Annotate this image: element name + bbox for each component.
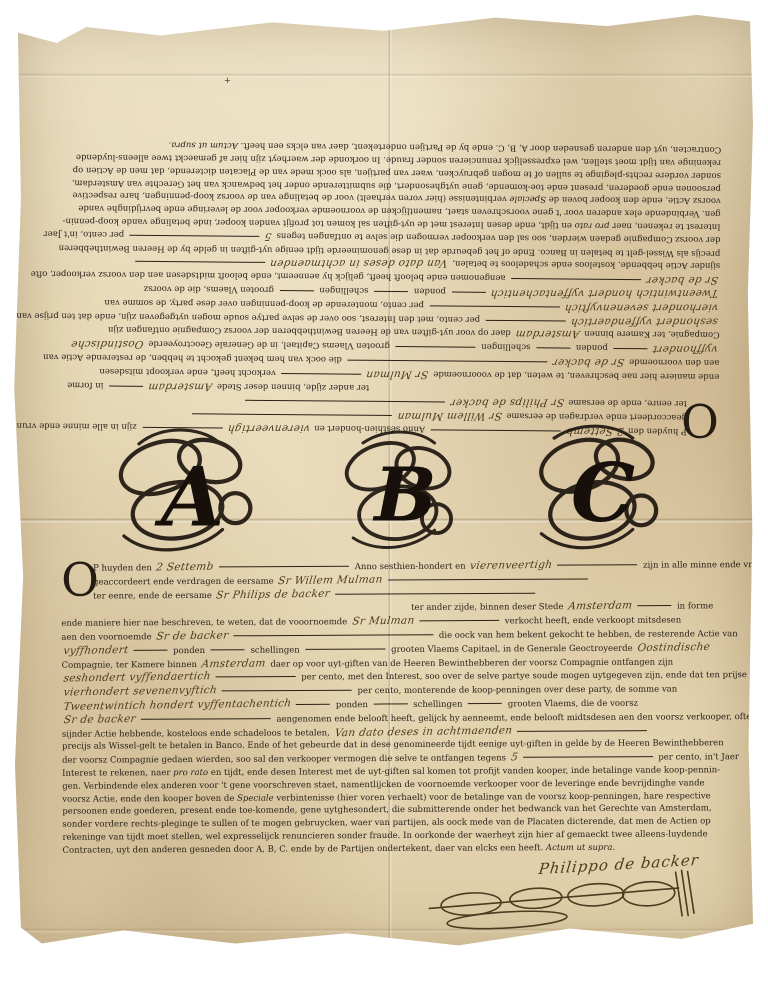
handwritten-entry: 2 Settemb xyxy=(154,561,217,575)
handwritten-entry: Oostindische xyxy=(68,337,146,350)
blank-fill-rule xyxy=(637,604,671,606)
handwritten-entry: Oostindische xyxy=(634,641,712,655)
contract-copy-bottom: O P huyden den 2 Settemb Anno sesthien-h… xyxy=(61,558,715,935)
handwritten-entry: Sr Mulman xyxy=(349,615,417,629)
blank-fill-rule xyxy=(348,360,548,364)
printed-text: Interest te rekenen, naer xyxy=(62,768,173,779)
handwritten-entry: Sr Mulman xyxy=(364,368,432,381)
printed-text: Contracten, uyt den anderen gesneden doo… xyxy=(63,843,546,856)
handwritten-entry: Tweentwintich hondert vyffentachentich xyxy=(61,697,294,713)
printed-text: der voorsz Compagnie gedaen wierden, soo… xyxy=(62,754,509,766)
printed-text: schellingen xyxy=(317,285,372,295)
monogram-a-flourish-icon: A xyxy=(100,416,285,566)
handwritten-entry: 5 xyxy=(262,229,275,242)
printed-text: ponden xyxy=(411,286,448,296)
blank-fill-rule xyxy=(557,563,637,565)
handwritten-entry: 5 xyxy=(508,751,521,764)
printed-text: verkocht heeft, ende verkoopt mitsdesen xyxy=(99,366,278,378)
printed-text: aen den voornoemde xyxy=(61,632,154,642)
printed-text: schellingen xyxy=(478,341,533,351)
handwritten-entry: Tweentwintich hondert vyffentachentich xyxy=(488,286,722,299)
blank-fill-rule xyxy=(135,261,265,264)
printed-text: sijnder Actie hebbende, kosteloos ende s… xyxy=(450,258,721,270)
handwritten-entry: Sr Willem Mulman xyxy=(276,573,386,588)
printed-text: per cento, monterende de koop-penningen … xyxy=(104,297,426,310)
printed-text: die oock van hem bekent gekocht te hebbe… xyxy=(43,351,345,364)
printed-text: grooten Vlaems Capitael, in de Generale … xyxy=(146,339,393,351)
printed-text: verkocht heeft, ende verkoopt mitsdesen xyxy=(502,616,681,627)
contract-copy-top-rotated: O P huyden den 2 Settemb Anno sesthien-h… xyxy=(67,137,722,438)
printed-text: ponden xyxy=(170,646,207,656)
blank-fill-rule xyxy=(133,648,167,650)
blank-fill-rule xyxy=(233,633,433,636)
printed-text: geaccordeert ende verdragen de eersame xyxy=(93,576,276,587)
blank-fill-rule xyxy=(211,648,245,650)
printed-text: per cento, met den Interest, soo over de… xyxy=(299,670,765,682)
printed-text: P huyden den xyxy=(93,563,155,573)
printed-text: ter eenre, ende de eersame xyxy=(93,590,215,601)
printed-text: Compagnie, ter Kamere binnen xyxy=(581,329,719,340)
blank-fill-rule xyxy=(374,291,408,293)
blank-fill-rule xyxy=(388,577,588,580)
blank-fill-rule xyxy=(222,689,352,692)
printed-text: Actum ut supra. xyxy=(169,140,238,151)
printed-text: in forme xyxy=(67,379,106,389)
cut-letter-monogram-a: A xyxy=(100,416,285,570)
printed-text: voorsz Actie, ende den kooper boven de xyxy=(62,793,237,804)
signature-block: Philippo de backer xyxy=(409,850,703,941)
monogram-b-flourish-icon: B xyxy=(328,412,483,567)
printed-text: ende maniere hier nae beschreven, te wet… xyxy=(61,617,350,629)
blank-fill-rule xyxy=(282,373,362,376)
printed-text: schellingen xyxy=(248,645,303,655)
printed-text: pro rato xyxy=(173,768,208,778)
printed-text: sijnder Actie hebbende, kosteloos ende s… xyxy=(62,728,333,739)
handwritten-entry: Sr de backer xyxy=(61,713,139,727)
printed-text: in forme xyxy=(674,602,713,612)
printed-text: grooten Vlaems, die de voorsz xyxy=(144,283,277,294)
handwritten-entry: Sr Philips de backer xyxy=(214,587,333,602)
printed-text: grooten Vlaems Capitael, in de Generale … xyxy=(388,643,635,654)
blank-fill-rule xyxy=(396,346,476,349)
printed-text: pro rato xyxy=(575,220,610,230)
printed-text: ter eenre, ende de eersame xyxy=(566,397,688,408)
printed-text: rekeninge van tijdt moet stellen, wel ex… xyxy=(62,829,707,842)
blank-fill-rule xyxy=(523,755,653,758)
printed-text: die oock van hem bekent gekocht te hebbe… xyxy=(436,629,738,641)
printed-text: verbintenisse (hier voren verhaelt) voor… xyxy=(274,791,711,803)
blank-fill-rule xyxy=(430,305,560,308)
handwritten-entry: Sr Philips de backer xyxy=(447,396,567,409)
printed-text: ponden xyxy=(573,342,610,352)
printed-text: aengenomen ende belooft heeft, gelijck h… xyxy=(31,269,509,283)
handwritten-entry: Amsterdam xyxy=(145,379,215,392)
printed-text: ende maniere hier nae beschreven, te wet… xyxy=(431,369,720,382)
blank-fill-rule xyxy=(335,591,535,594)
blank-fill-rule xyxy=(296,703,330,705)
blank-fill-rule xyxy=(130,235,260,238)
printed-text: Speciale xyxy=(237,793,274,803)
printed-text: voorsz Actie, ende den kooper boven de xyxy=(546,194,721,206)
blank-fill-rule xyxy=(109,385,143,387)
handwritten-entry: seshondert vyffendaertich xyxy=(568,314,721,327)
drop-cap-initial: O xyxy=(687,401,719,438)
handwritten-entry: vierhondert sevenenvyftich xyxy=(61,684,220,699)
printed-text: grooten Vlaems, die de voorsz xyxy=(505,699,638,710)
printed-text: per cento, monterende de koop-penningen … xyxy=(355,685,677,697)
printed-text: gen. Verbindende elex anderen voor 't ge… xyxy=(62,778,704,791)
handwritten-entry: vyffhondert xyxy=(61,644,132,658)
cut-letter-monogram-c: C xyxy=(518,412,688,566)
blank-fill-rule xyxy=(452,292,486,294)
handwritten-entry: Sr de backer xyxy=(550,355,628,368)
cut-letter-monogram-b: B xyxy=(328,412,483,571)
handwritten-entry: Amsterdam xyxy=(199,657,269,671)
stray-ink-mark: + xyxy=(224,76,231,85)
handwritten-entry: Sr de backer xyxy=(153,629,231,643)
svg-text:A: A xyxy=(154,450,224,545)
handwritten-entry: Van dato deses in achtmaenden xyxy=(267,257,450,270)
printed-text: ponden xyxy=(333,700,370,710)
printed-text: daer op voor uyt-giften van de Heeren Be… xyxy=(268,657,674,669)
printed-text: ter ander zijde, binnen deser Stede xyxy=(214,381,369,392)
printed-text: der voorsz Compagnie gedaen wierden, soo… xyxy=(274,230,721,244)
printed-text: per cento, in't Jaer xyxy=(656,752,739,762)
printed-text: per cento, in't Jaer xyxy=(43,228,126,239)
document-paper: + O P huyden den 2 Settemb Anno sesthien… xyxy=(12,12,756,952)
horizontal-crease-top xyxy=(12,73,756,78)
printed-text: schellingen xyxy=(411,700,466,710)
blank-fill-rule xyxy=(374,702,408,704)
handwritten-entry: vyffhondert xyxy=(650,342,721,355)
blank-fill-rule xyxy=(511,278,641,281)
blank-fill-rule xyxy=(468,702,502,704)
blank-fill-rule xyxy=(305,647,385,649)
printed-text: aengenomen ende belooft heeft, gelijck h… xyxy=(274,712,752,725)
handwritten-entry: Amsterdam xyxy=(565,600,635,614)
blank-fill-rule xyxy=(486,319,566,322)
blank-fill-rule xyxy=(245,400,445,404)
monogram-c-flourish-icon: C xyxy=(518,412,688,562)
svg-text:B: B xyxy=(372,453,436,539)
svg-text:C: C xyxy=(571,446,635,541)
contract-text-block: P huyden den 2 Settemb Anno sesthien-hon… xyxy=(67,137,722,438)
printed-text: Compagnie, ter Kamere binnen xyxy=(62,660,200,671)
printed-text: daer op voor uyt-giften van de Heeren Be… xyxy=(108,324,514,338)
handwritten-entry: Sr de backer xyxy=(643,273,721,286)
handwritten-entry: Van dato deses in achtmaenden xyxy=(332,724,515,740)
printed-text: en tijdt, ende desen Interest met de uyt… xyxy=(208,765,720,778)
contract-text-block: P huyden den 2 Settemb Anno sesthien-hon… xyxy=(61,558,715,857)
printed-text: Interest te rekenen, naer xyxy=(610,220,721,231)
blank-fill-rule xyxy=(280,290,314,292)
handwritten-entry: Amsterdam xyxy=(513,327,583,340)
printed-text: per cento, met den Interest, soo over de… xyxy=(16,310,483,324)
printed-text: Actum ut supra. xyxy=(546,843,615,853)
blank-fill-rule xyxy=(141,717,271,720)
printed-text: zijn in alle minne ende vruntschap xyxy=(640,560,768,571)
printed-text: ter ander zijde, binnen deser Stede xyxy=(411,602,566,613)
blank-fill-rule xyxy=(219,565,349,568)
blank-fill-rule xyxy=(419,619,499,621)
drop-cap-initial: O xyxy=(61,562,93,599)
printed-text: Speciale xyxy=(509,194,546,204)
blank-fill-rule xyxy=(536,347,570,349)
printed-text: aen den voornoemde xyxy=(626,357,719,368)
blank-fill-rule xyxy=(613,348,647,350)
handwritten-entry: seshondert vyffendaertich xyxy=(61,670,214,685)
handwritten-entry: vierhondert sevenenvyftich xyxy=(562,301,721,314)
printed-text: Anno sesthien-hondert en xyxy=(352,562,468,573)
blank-fill-rule xyxy=(517,729,647,732)
blank-fill-rule xyxy=(216,675,296,677)
handwritten-entry: vierenveertigh xyxy=(467,559,555,573)
